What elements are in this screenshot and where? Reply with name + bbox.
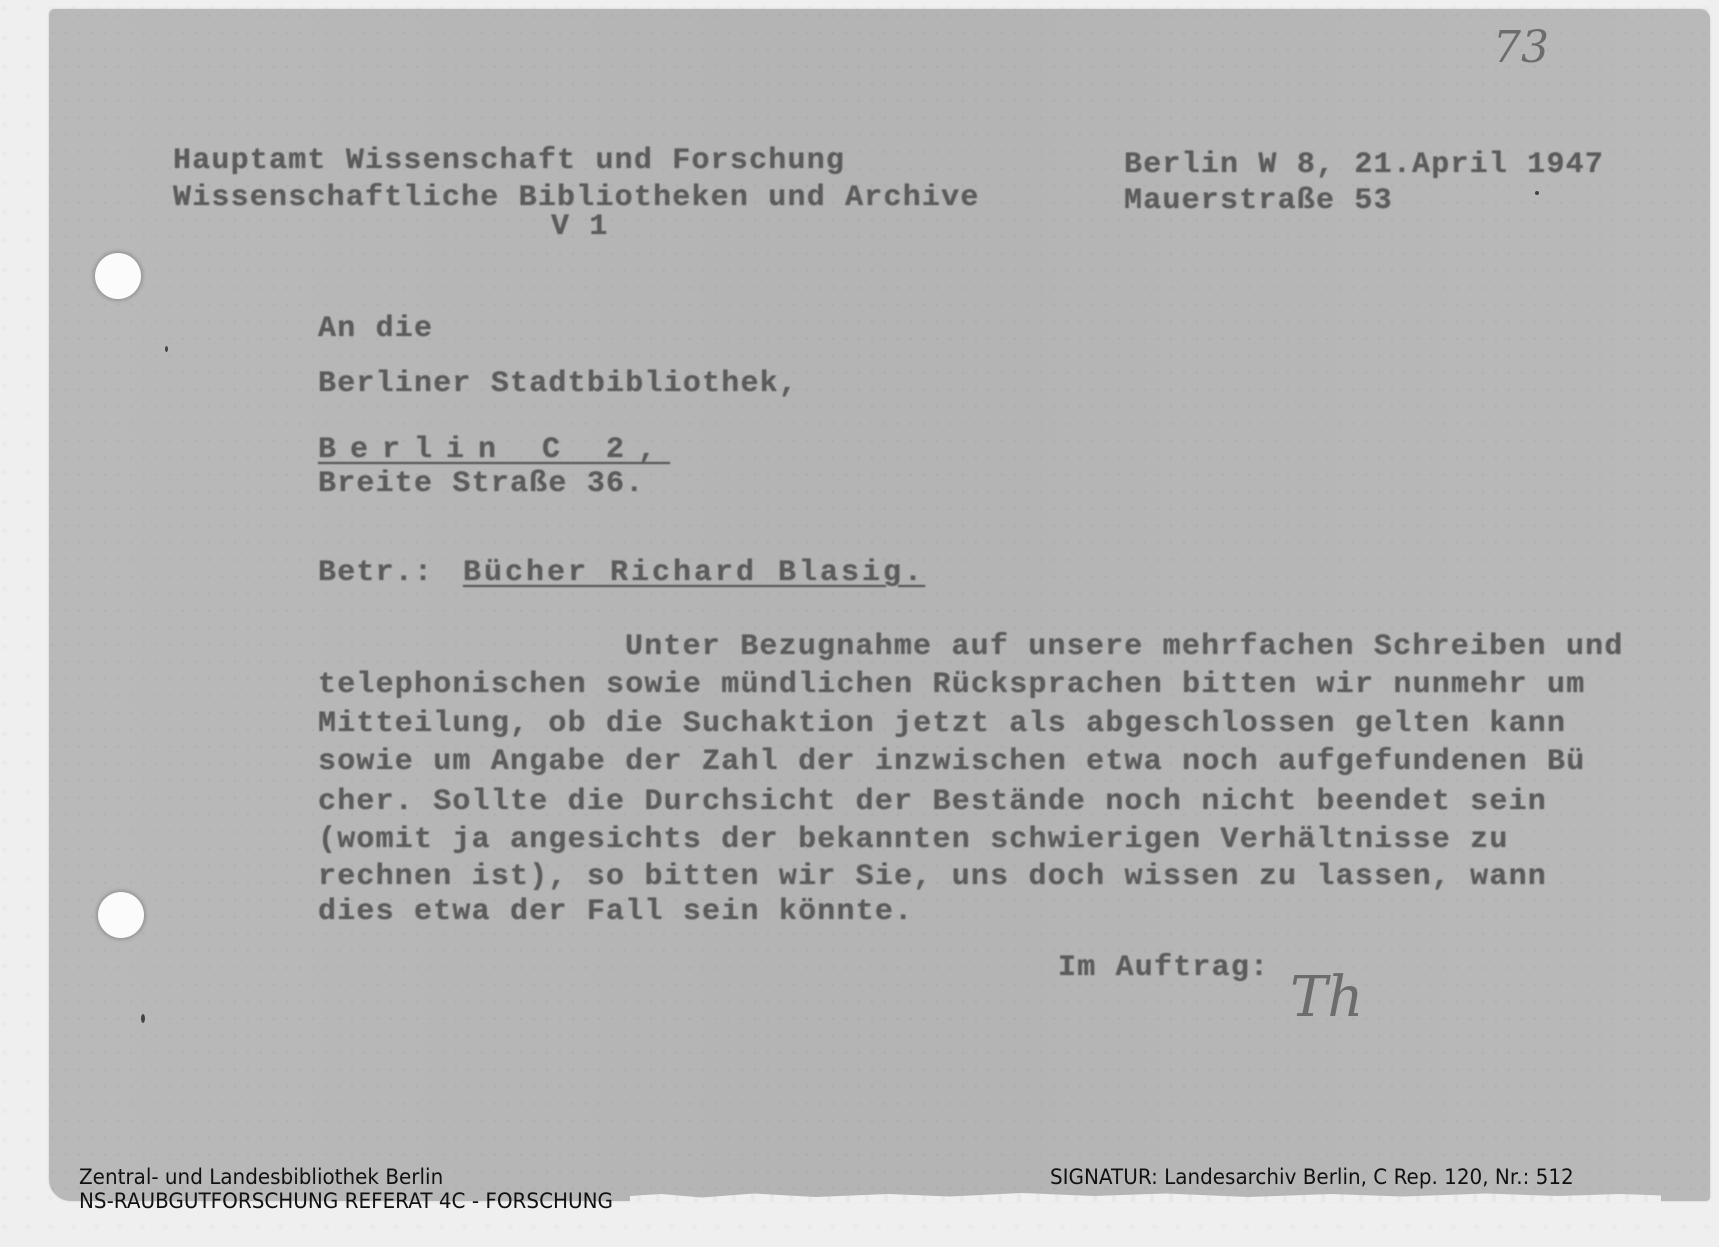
signature: Th xyxy=(1290,965,1363,1030)
body-line: Unter Bezugnahme auf unsere mehrfachen S… xyxy=(625,630,1624,664)
body-line: dies etwa der Fall sein könnte. xyxy=(318,895,913,929)
footer-signature-ref: SIGNATUR: Landesarchiv Berlin, C Rep. 12… xyxy=(1050,1165,1574,1189)
ink-speck xyxy=(165,346,168,352)
subject-text: Bücher Richard Blasig. xyxy=(463,556,925,590)
subject-label: Betr.: xyxy=(318,556,433,590)
body-line: rechnen ist), so bitten wir Sie, uns doc… xyxy=(318,860,1547,894)
closing: Im Auftrag: xyxy=(1058,951,1269,985)
recipient-institution: Berliner Stadtbibliothek, xyxy=(318,367,798,401)
body-line: sowie um Angabe der Zahl der inzwischen … xyxy=(318,745,1585,779)
recipient-city: Berlin C 2, xyxy=(318,433,670,467)
punch-hole-top xyxy=(95,253,141,299)
ink-speck xyxy=(141,1014,145,1023)
letterhead-line-3: V 1 xyxy=(551,210,609,244)
body-line: Mitteilung, ob die Suchaktion jetzt als … xyxy=(318,707,1566,741)
letterhead-line-1: Hauptamt Wissenschaft und Forschung xyxy=(173,144,845,178)
body-line: telephonischen sowie mündlichen Rückspra… xyxy=(318,668,1585,702)
recipient-salutation: An die xyxy=(318,312,433,346)
footer-library: Zentral- und Landesbibliothek Berlin xyxy=(79,1165,443,1189)
place-date: Berlin W 8, 21.April 1947 xyxy=(1124,148,1604,182)
punch-hole-bottom xyxy=(98,892,144,938)
body-line: (womit ja angesichts der bekannten schwi… xyxy=(318,823,1509,857)
recipient-street: Breite Straße 36. xyxy=(318,467,644,501)
ink-speck xyxy=(1535,191,1539,195)
sender-street: Mauerstraße 53 xyxy=(1124,184,1393,218)
body-line: cher. Sollte die Durchsicht der Bestände… xyxy=(318,785,1547,819)
footer-department: NS-RAUBGUTFORSCHUNG REFERAT 4C - FORSCHU… xyxy=(79,1189,613,1213)
page-number: 73 xyxy=(1493,22,1549,73)
